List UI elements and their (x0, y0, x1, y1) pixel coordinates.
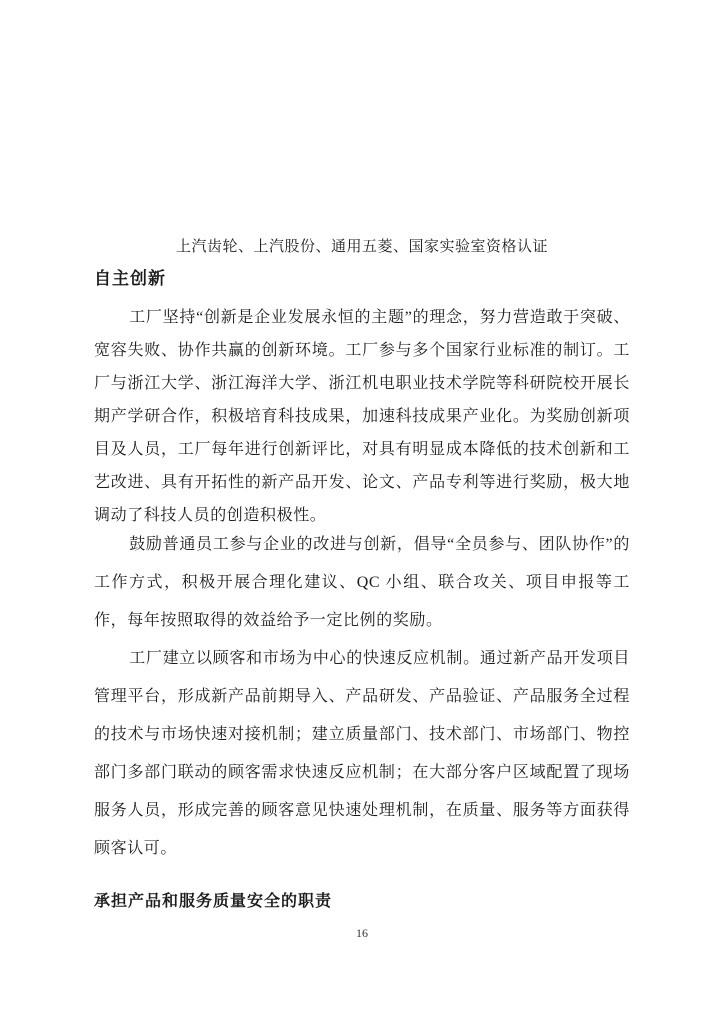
section-heading-quality-responsibility: 承担产品和服务质量安全的职责 (94, 892, 630, 912)
paragraph-innovation-1: 工厂坚持“创新是企业发展永恒的主题”的理念，努力营造敢于突破、宽容失败、协作共赢… (94, 301, 630, 532)
section-heading-innovation: 自主创新 (94, 269, 630, 289)
page-number: 16 (0, 926, 724, 941)
document-page: 上汽齿轮、上汽股份、通用五菱、国家实验室资格认证 自主创新 工厂坚持“创新是企业… (0, 0, 724, 1024)
paragraph-innovation-3: 工厂建立以顾客和市场为中心的快速反应机制。通过新产品开发项目管理平台，形成新产品… (94, 640, 630, 868)
paragraph-innovation-2: 鼓励普通员工参与企业的改进与创新，倡导“全员参与、团队协作”的工作方式，积极开展… (94, 526, 630, 640)
certification-line: 上汽齿轮、上汽股份、通用五菱、国家实验室资格认证 (94, 238, 630, 256)
